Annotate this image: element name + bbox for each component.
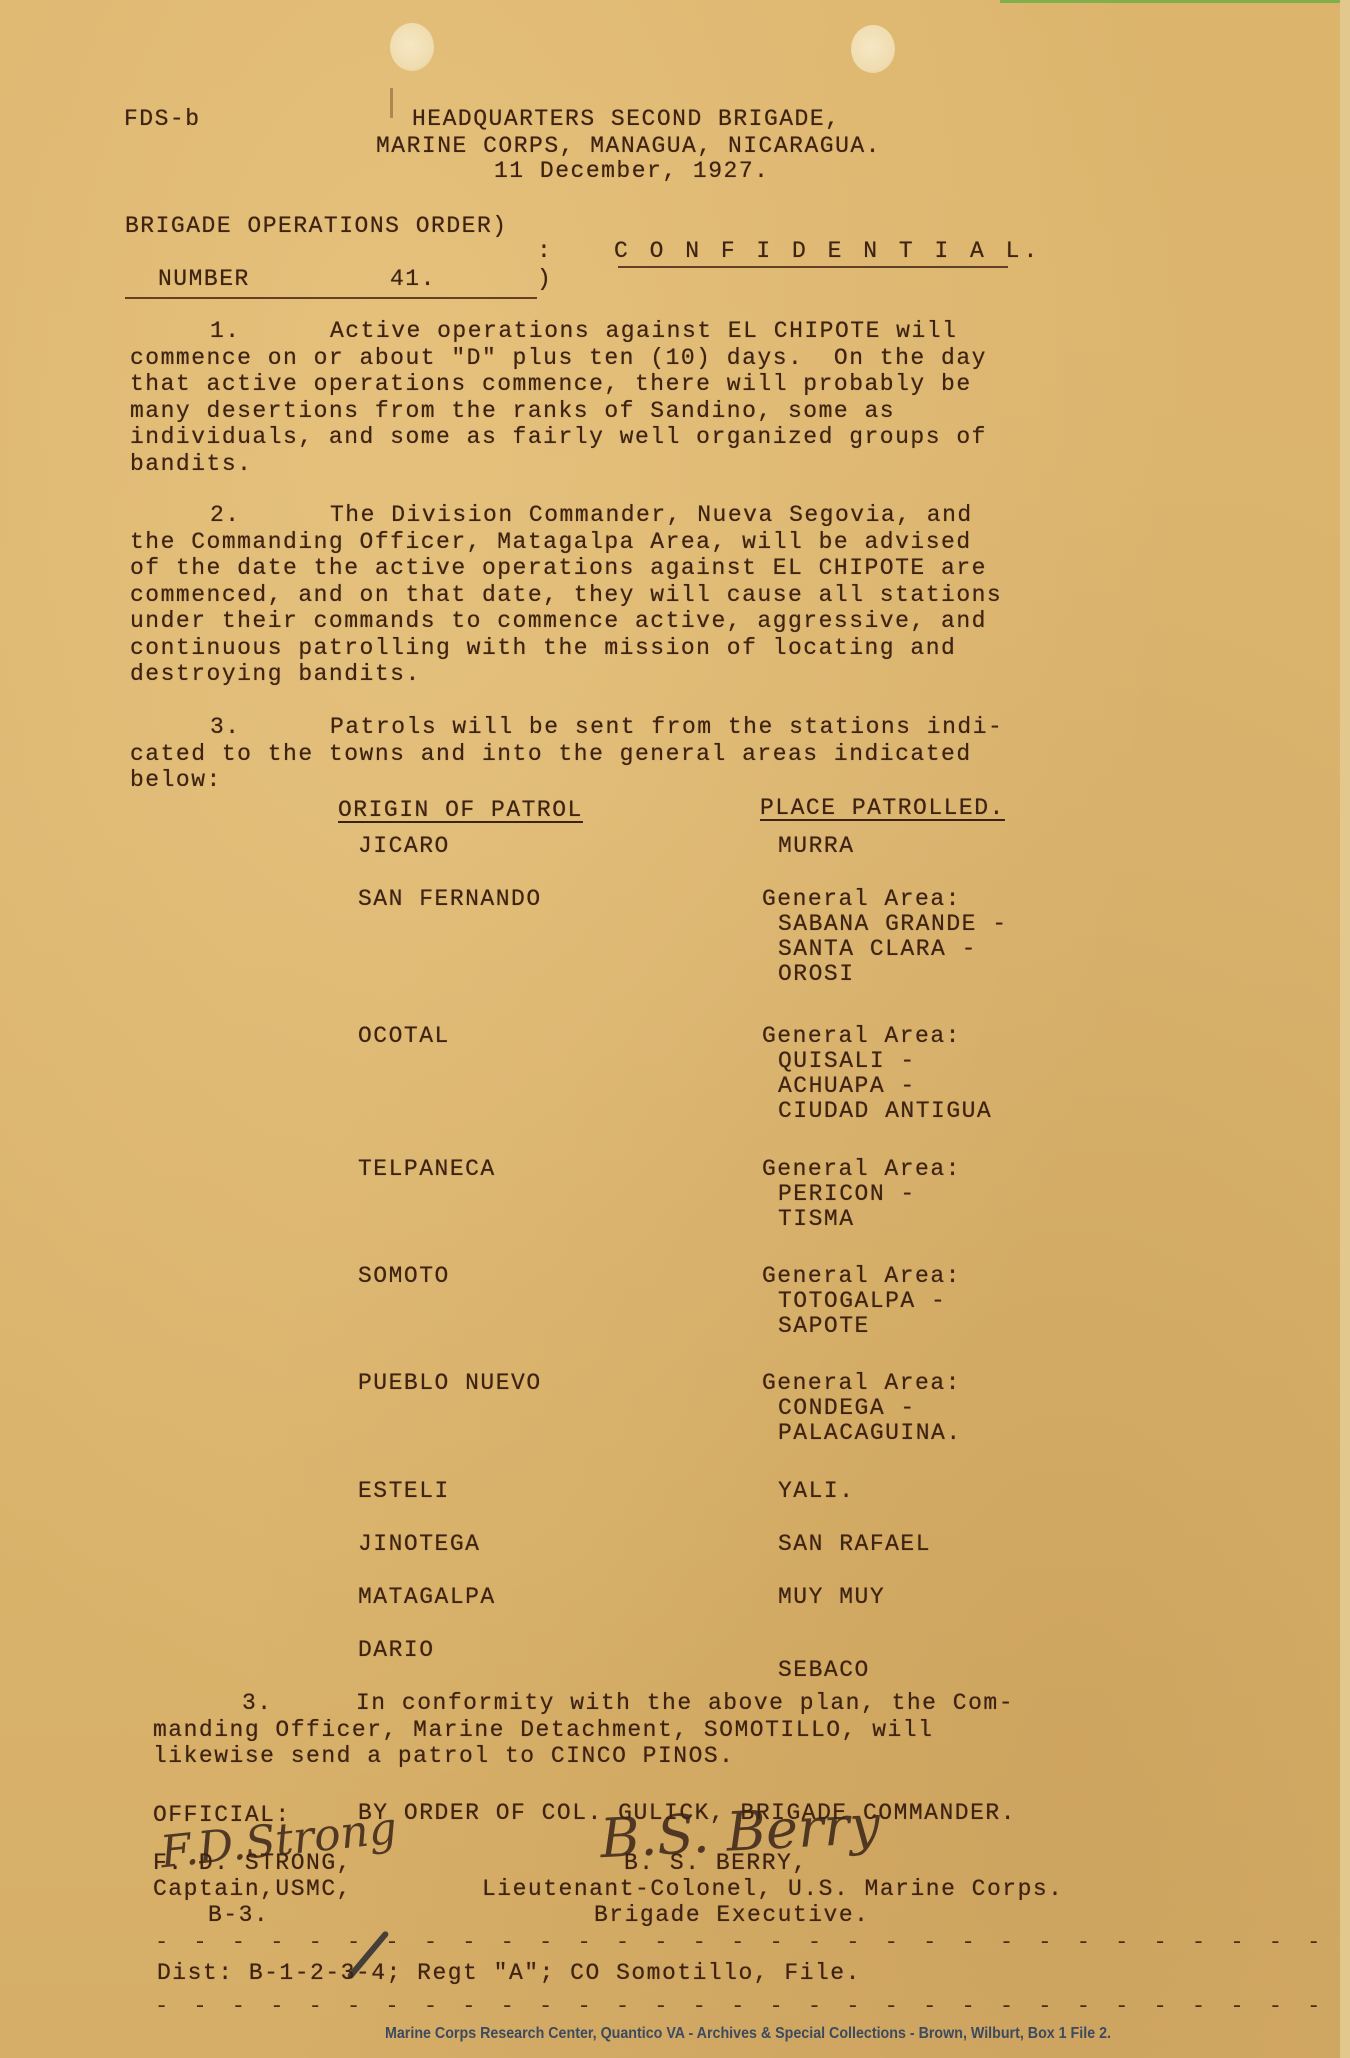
paragraph-line: commence on or about "D" plus ten (10) d…: [130, 345, 987, 371]
paragraph-number: 2.: [210, 502, 241, 528]
classification-confidential: C O N F I D E N T I A L.: [614, 238, 1041, 264]
place-patrolled: CIUDAD ANTIGUA: [778, 1098, 992, 1124]
general-area-label: General Area:: [762, 1370, 961, 1396]
origin-of-patrol: SOMOTO: [358, 1263, 450, 1289]
paragraph-number: 3.: [242, 1690, 273, 1716]
general-area-label: General Area:: [762, 886, 961, 912]
classification-underline: [618, 266, 1008, 268]
paragraph-line: commenced, and on that date, they will c…: [130, 582, 1002, 608]
bracket-close: ): [537, 266, 552, 292]
paragraph-line: manding Officer, Marine Detachment, SOMO…: [153, 1717, 933, 1743]
origin-of-patrol: DARIO: [358, 1637, 435, 1663]
paragraph-line: many desertions from the ranks of Sandin…: [130, 398, 895, 424]
place-patrolled: PERICON -: [778, 1181, 916, 1207]
right-signer-rank: Lieutenant-Colonel, U.S. Marine Corps.: [482, 1876, 1064, 1902]
place-patrolled: YALI.: [778, 1478, 855, 1504]
origin-of-patrol: PUEBLO NUEVO: [358, 1370, 542, 1396]
place-patrolled: SEBACO: [778, 1657, 870, 1683]
place-patrolled: SANTA CLARA -: [778, 936, 977, 962]
top-edge-band: [1000, 0, 1350, 3]
place-patrolled: MUY MUY: [778, 1584, 885, 1610]
left-signer-office: B-3.: [208, 1902, 269, 1928]
paragraph-line: likewise send a patrol to CINCO PINOS.: [153, 1743, 735, 1769]
origin-of-patrol: JINOTEGA: [358, 1531, 480, 1557]
paragraph-line: cated to the towns and into the general …: [130, 741, 972, 767]
origin-of-patrol: TELPANECA: [358, 1156, 496, 1182]
origin-of-patrol: MATAGALPA: [358, 1584, 496, 1610]
table-header-place: PLACE PATROLLED.: [760, 795, 1005, 821]
order-title-text: BRIGADE OPERATIONS ORDER: [125, 213, 492, 239]
place-patrolled: CONDEGA -: [778, 1395, 916, 1421]
archive-credit: Marine Corps Research Center, Quantico V…: [385, 2025, 1111, 2043]
origin-of-patrol: ESTELI: [358, 1478, 450, 1504]
paragraph-line: destroying bandits.: [130, 661, 421, 687]
place-patrolled: MURRA: [778, 833, 855, 859]
left-signer-rank: Captain,USMC,: [153, 1876, 352, 1902]
origin-of-patrol: SAN FERNANDO: [358, 886, 542, 912]
place-patrolled: QUISALI -: [778, 1048, 916, 1074]
paragraph-line: under their commands to commence active,…: [130, 608, 987, 634]
heading-date: 11 December, 1927.: [494, 158, 769, 184]
left-signer-name: F. D. STRONG,: [153, 1850, 352, 1876]
bracket-separator: :: [537, 238, 552, 264]
place-patrolled: PALACAGUINA.: [778, 1420, 962, 1446]
punch-hole-left: [390, 23, 434, 71]
paper-mark: [390, 88, 393, 118]
heading-line-1: HEADQUARTERS SECOND BRIGADE,: [412, 106, 840, 132]
document-page: FDS-b HEADQUARTERS SECOND BRIGADE, MARIN…: [0, 0, 1340, 2058]
paragraph-number: 1.: [210, 318, 241, 344]
divider-dashes-top: - - - - - - - - - - - - - - - - - - - - …: [155, 1930, 1326, 1955]
table-header-origin: ORIGIN OF PATROL: [338, 797, 583, 823]
right-signer-name: B. S. BERRY,: [624, 1850, 808, 1876]
origin-of-patrol: OCOTAL: [358, 1023, 450, 1049]
paragraph-line: individuals, and some as fairly well org…: [130, 424, 987, 450]
origin-of-patrol: JICARO: [358, 833, 450, 859]
order-title: BRIGADE OPERATIONS ORDER): [125, 213, 508, 239]
order-number-label: NUMBER: [158, 266, 250, 292]
general-area-label: General Area:: [762, 1156, 961, 1182]
order-number-underline: [125, 297, 537, 299]
page-edge: [1340, 0, 1350, 2058]
place-patrolled: TISMA: [778, 1206, 855, 1232]
paragraph-line: In conformity with the above plan, the C…: [356, 1690, 1014, 1716]
place-patrolled: ACHUAPA -: [778, 1073, 916, 1099]
paragraph-line: the Commanding Officer, Matagalpa Area, …: [130, 529, 972, 555]
paragraph-line: The Division Commander, Nueva Segovia, a…: [330, 502, 973, 528]
place-patrolled: SAN RAFAEL: [778, 1531, 931, 1557]
place-patrolled: OROSI: [778, 961, 855, 987]
paragraph-line: Active operations against EL CHIPOTE wil…: [330, 318, 957, 344]
paragraph-line: Patrols will be sent from the stations i…: [330, 714, 1003, 740]
heading-line-2: MARINE CORPS, MANAGUA, NICARAGUA.: [376, 133, 881, 159]
paragraph-line: that active operations commence, there w…: [130, 371, 972, 397]
paragraph-line: continuous patrolling with the mission o…: [130, 635, 956, 661]
place-patrolled: TOTOGALPA -: [778, 1288, 946, 1314]
paragraph-line: below:: [130, 767, 222, 793]
punch-hole-right: [851, 25, 895, 73]
right-signer-office: Brigade Executive.: [594, 1902, 869, 1928]
divider-dashes-bottom: - - - - - - - - - - - - - - - - - - - - …: [155, 1994, 1326, 2019]
general-area-label: General Area:: [762, 1263, 961, 1289]
paragraph-number: 3.: [210, 714, 241, 740]
paragraph-line: bandits.: [130, 451, 252, 477]
paragraph-line: of the date the active operations agains…: [130, 555, 987, 581]
place-patrolled: SAPOTE: [778, 1313, 870, 1339]
general-area-label: General Area:: [762, 1023, 961, 1049]
order-number: 41.: [390, 266, 436, 292]
place-patrolled: SABANA GRANDE -: [778, 911, 1008, 937]
ref-code: FDS-b: [124, 106, 201, 132]
distribution-line: Dist: B-1-2-3-4; Regt "A"; CO Somotillo,…: [157, 1960, 861, 1986]
